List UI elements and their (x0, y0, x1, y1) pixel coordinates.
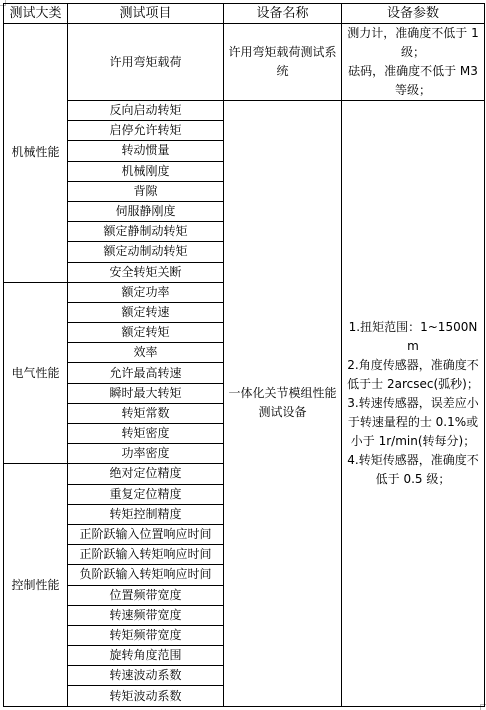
param-line: 4.转矩传感器，准确度不低于 0.5 级； (343, 451, 483, 489)
test-item: 负阶跃输入转矩响应时间 (68, 565, 224, 585)
test-item: 反向启动转矩 (68, 101, 224, 121)
param-line: 3.转速传感器，误差应小于转速量程的士 0.1%或小于 1r/min(转每分)； (343, 394, 483, 451)
test-item: 转动惯量 (68, 141, 224, 161)
test-item: 转矩常数 (68, 403, 224, 423)
test-item: 许用弯矩载荷 (68, 24, 224, 101)
test-item: 转矩频带宽度 (68, 625, 224, 645)
equipment-params: 测力计，准确度不低于 1 级； 砝码，准确度不低于 M3 等级； (342, 24, 485, 101)
test-item: 额定转矩 (68, 323, 224, 343)
test-item: 转速频带宽度 (68, 605, 224, 625)
header-equipment-name: 设备名称 (224, 4, 342, 24)
header-test-category: 测试大类 (4, 4, 68, 24)
test-item: 启停允许转矩 (68, 121, 224, 141)
equipment-params: 1.扭矩范围：1~1500Nm 2.角度传感器，准确度不低于士 2arcsec(… (342, 101, 485, 707)
table-row: 机械性能 许用弯矩载荷 许用弯矩载荷测试系统 测力计，准确度不低于 1 级； 砝… (4, 24, 485, 101)
test-item: 旋转角度范围 (68, 646, 224, 666)
param-line: 2.角度传感器，准确度不低于士 2arcsec(弧秒)； (343, 356, 483, 394)
test-item: 正阶跃输入位置响应时间 (68, 524, 224, 544)
test-item: 机械刚度 (68, 161, 224, 181)
test-item: 转矩控制精度 (68, 504, 224, 524)
test-item: 额定静制动转矩 (68, 222, 224, 242)
test-item: 效率 (68, 343, 224, 363)
test-item: 位置频带宽度 (68, 585, 224, 605)
table-row: 反向启动转矩 一体化关节模组性能测试设备 1.扭矩范围：1~1500Nm 2.角… (4, 101, 485, 121)
category-control: 控制性能 (4, 464, 68, 706)
param-line: 砝码，准确度不低于 M3 等级； (343, 62, 483, 100)
test-item: 额定转速 (68, 302, 224, 322)
test-item: 允许最高转速 (68, 363, 224, 383)
test-item: 额定功率 (68, 282, 224, 302)
param-line: 1.扭矩范围：1~1500Nm (343, 318, 483, 356)
test-item: 正阶跃输入转矩响应时间 (68, 545, 224, 565)
header-row: 测试大类 测试项目 设备名称 设备参数 (4, 4, 485, 24)
test-item: 转矩波动系数 (68, 686, 224, 706)
equipment-name: 一体化关节模组性能测试设备 (224, 101, 342, 707)
header-test-item: 测试项目 (68, 4, 224, 24)
test-item: 转速波动系数 (68, 666, 224, 686)
category-mechanical: 机械性能 (4, 24, 68, 283)
test-item: 背隙 (68, 181, 224, 201)
test-item: 安全转矩关断 (68, 262, 224, 282)
test-item: 功率密度 (68, 444, 224, 464)
category-electrical: 电气性能 (4, 282, 68, 464)
test-item: 伺服静刚度 (68, 201, 224, 221)
test-equipment-table: 测试大类 测试项目 设备名称 设备参数 机械性能 许用弯矩载荷 许用弯矩载荷测试… (3, 3, 485, 707)
test-item: 重复定位精度 (68, 484, 224, 504)
header-equipment-params: 设备参数 (342, 4, 485, 24)
test-item: 转矩密度 (68, 424, 224, 444)
test-item: 绝对定位精度 (68, 464, 224, 484)
test-item: 额定动制动转矩 (68, 242, 224, 262)
equipment-name: 许用弯矩载荷测试系统 (224, 24, 342, 101)
test-item: 瞬时最大转矩 (68, 383, 224, 403)
param-line: 测力计，准确度不低于 1 级； (343, 24, 483, 62)
